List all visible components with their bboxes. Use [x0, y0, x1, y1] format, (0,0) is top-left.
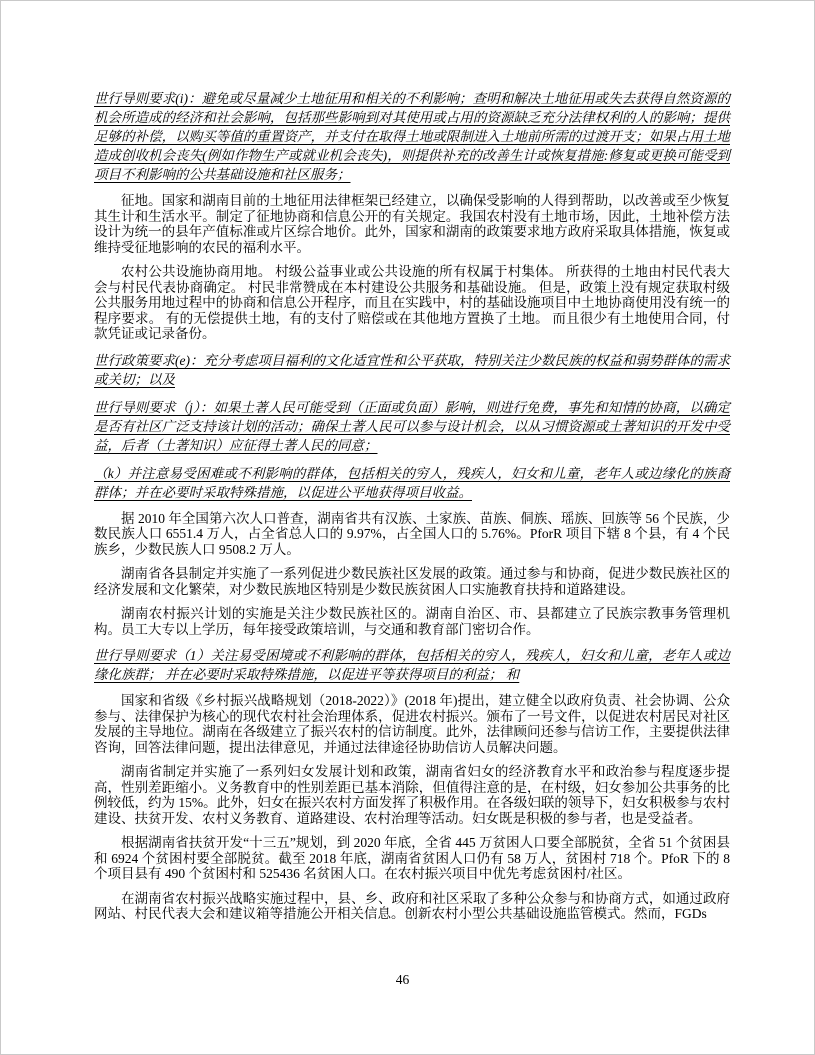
paragraph-women-development: 湖南省制定并实施了一系列妇女发展计划和政策，湖南省妇女的经济教育水平和政治参与程…	[94, 764, 730, 826]
paragraph-public-participation: 在湖南省农村振兴战略实施过程中，县、乡、政府和社区采取了多种公众参与和协商方式，…	[94, 891, 730, 922]
page-content: 世行导则要求(i)：避免或尽量减少土地征用和相关的不利影响；查明和解决土地征用或…	[94, 89, 730, 931]
paragraph-bank-guideline-requirement-l: 世行导则要求（1）关注易受困境或不利影响的群体，包括相关的穷人，残疾人，妇女和儿…	[94, 646, 730, 684]
paragraph-revitalization-minority-communities: 湖南农村振兴计划的实施是关注少数民族社区的。湖南自治区、市、县都建立了民族宗教事…	[94, 606, 730, 637]
paragraph-county-minority-policies: 湖南省各县制定并实施了一系列促进少数民族社区发展的政策。通过参与和协商，促进少数…	[94, 566, 730, 597]
paragraph-bank-guideline-requirement-k: （k）并注意易受困难或不利影响的群体，包括相关的穷人，残疾人，妇女和儿童，老年人…	[94, 464, 730, 502]
paragraph-poverty-alleviation-plan: 根据湖南省扶贫开发“十三五”规划，到 2020 年底，全省 445 万贫困人口要…	[94, 835, 730, 882]
paragraph-census-ethnic-minorities: 据 2010 年全国第六次人口普查，湖南省共有汉族、土家族、苗族、侗族、瑶族、回…	[94, 511, 730, 558]
paragraph-land-acquisition: 征地。国家和湖南目前的土地征用法律框架已经建立，以确保受影响的人得到帮助，以改善…	[94, 193, 730, 255]
page-number: 46	[1, 972, 804, 988]
document-page: 世行导则要求(i)：避免或尽量减少土地征用和相关的不利影响；查明和解决土地征用或…	[0, 0, 815, 1055]
paragraph-rural-public-facilities-land: 农村公共设施协商用地。 村级公益事业或公共设施的所有权属于村集体。 所获得的土地…	[94, 264, 730, 342]
paragraph-bank-policy-requirement-e: 世行政策要求(e)：充分考虑项目福利的文化适宜性和公平获取，特别关注少数民族的权…	[94, 351, 730, 389]
paragraph-bank-guideline-requirement-i: 世行导则要求(i)：避免或尽量减少土地征用和相关的不利影响；查明和解决土地征用或…	[94, 89, 730, 184]
paragraph-rural-revitalization-strategy-plan: 国家和省级《乡村振兴战略规划（2018-2022）》(2018 年)提出，建立健…	[94, 693, 730, 755]
paragraph-bank-guideline-requirement-j: 世行导则要求（j）：如果土著人民可能受到（正面或负面）影响，则进行免费，事先和知…	[94, 398, 730, 455]
